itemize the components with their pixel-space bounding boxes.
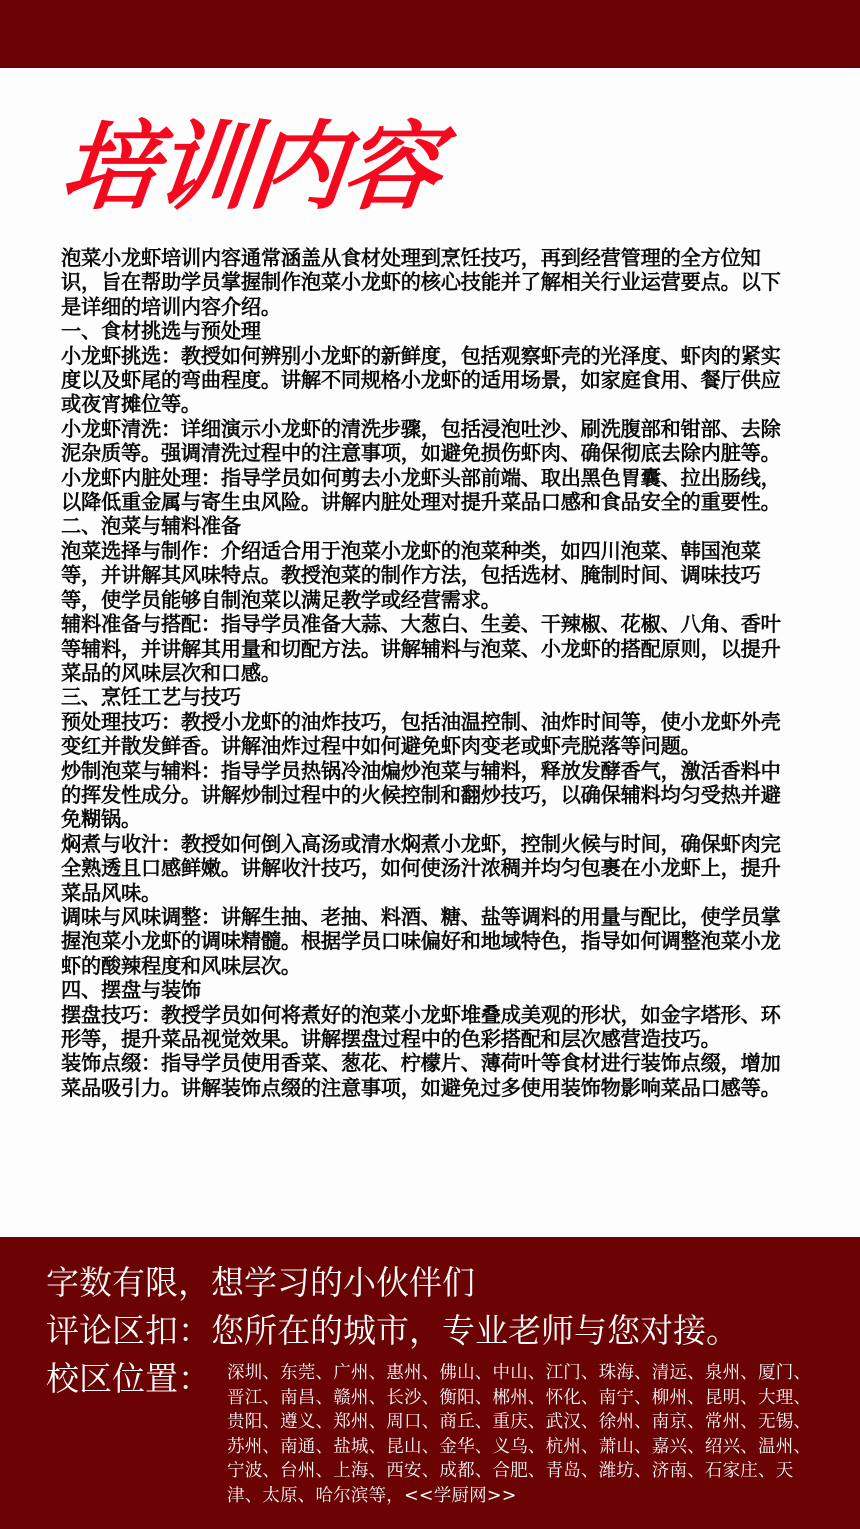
campus-list: 深圳、东莞、广州、惠州、佛山、中山、江门、珠海、清远、泉州、厦门、晋江、南昌、赣… <box>227 1361 827 1509</box>
article-body: 泡菜小龙虾培训内容通常涵盖从食材处理到烹饪技巧，再到经营管理的全方位知识，旨在帮… <box>61 246 781 1100</box>
footer-cta-line-2: 评论区扣：您所在的城市，专业老师与您对接。 <box>46 1311 739 1351</box>
section-heading: 一、食材挑选与预处理 <box>61 319 781 343</box>
content-paragraph: 小龙虾挑选：教授如何辨别小龙虾的新鲜度，包括观察虾壳的光泽度、虾肉的紧实度以及虾… <box>61 344 781 417</box>
section-heading: 四、摆盘与装饰 <box>61 978 781 1002</box>
content-paragraph: 小龙虾清洗：详细演示小龙虾的清洗步骤，包括浸泡吐沙、刷洗腹部和钳部、去除泥杂质等… <box>61 417 781 466</box>
content-paragraph: 小龙虾内脏处理：指导学员如何剪去小龙虾头部前端、取出黑色胃囊、拉出肠线，以降低重… <box>61 466 781 515</box>
content-paragraph: 炒制泡菜与辅料：指导学员热锅冷油煸炒泡菜与辅料，释放发酵香气，激活香料中的挥发性… <box>61 759 781 832</box>
footer-cta-line-1: 字数有限，想学习的小伙伴们 <box>46 1263 475 1303</box>
footer-banner: 字数有限，想学习的小伙伴们 评论区扣：您所在的城市，专业老师与您对接。 校区位置… <box>0 1237 860 1529</box>
content-paragraph: 装饰点缀：指导学员使用香菜、葱花、柠檬片、薄荷叶等食材进行装饰点缀，增加菜品吸引… <box>61 1051 781 1100</box>
content-paragraph: 焖煮与收汁：教授如何倒入高汤或清水焖煮小龙虾，控制火候与时间，确保虾肉完全熟透且… <box>61 832 781 905</box>
content-paragraph: 预处理技巧：教授小龙虾的油炸技巧，包括油温控制、油炸时间等，使小龙虾外壳变红并散… <box>61 710 781 759</box>
section-heading: 二、泡菜与辅料准备 <box>61 514 781 538</box>
intro-paragraph: 泡菜小龙虾培训内容通常涵盖从食材处理到烹饪技巧，再到经营管理的全方位知识，旨在帮… <box>61 246 781 319</box>
content-paragraph: 调味与风味调整：讲解生抽、老抽、料酒、糖、盐等调料的用量与配比，使学员掌握泡菜小… <box>61 905 781 978</box>
top-banner <box>0 0 860 68</box>
content-paragraph: 泡菜选择与制作：介绍适合用于泡菜小龙虾的泡菜种类，如四川泡菜、韩国泡菜等，并讲解… <box>61 539 781 612</box>
campus-label: 校区位置： <box>46 1359 211 1399</box>
content-paragraph: 摆盘技巧：教授学员如何将煮好的泡菜小龙虾堆叠成美观的形状，如金字塔形、环形等，提… <box>61 1003 781 1052</box>
content-paragraph: 辅料准备与搭配：指导学员准备大蒜、大葱白、生姜、干辣椒、花椒、八角、香叶等辅料，… <box>61 612 781 685</box>
section-heading: 三、烹饪工艺与技巧 <box>61 685 781 709</box>
page-title: 培训内容 <box>56 112 444 222</box>
